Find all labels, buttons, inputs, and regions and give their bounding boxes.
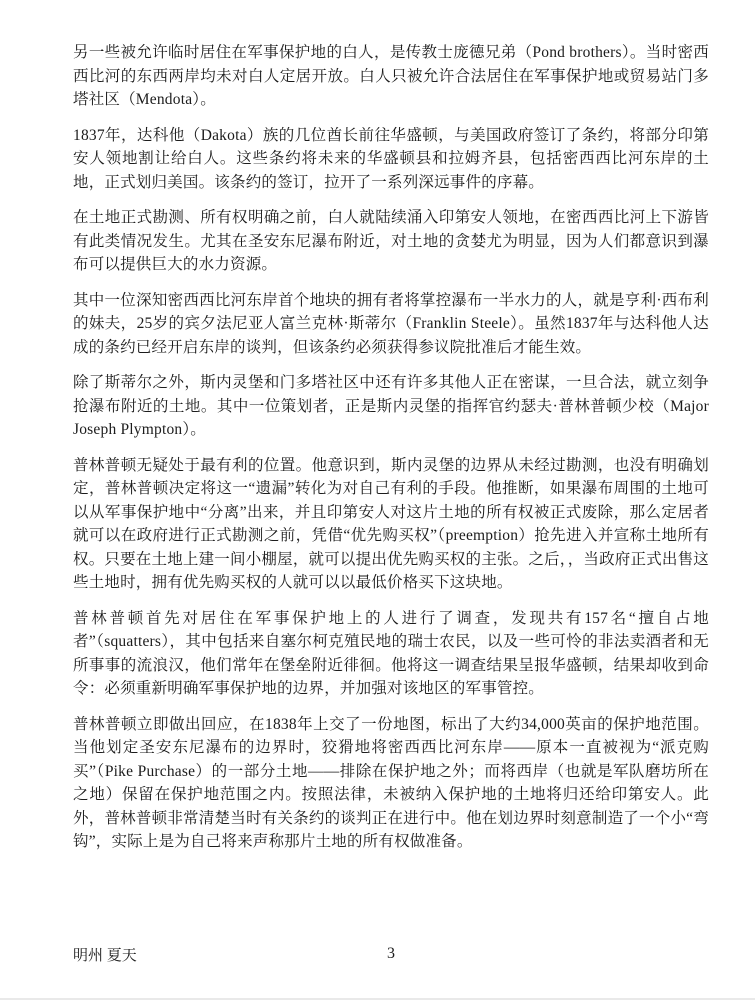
paragraph: 除了斯蒂尔之外，斯内灵堡和门多塔社区中还有许多其他人正在密谋，一旦合法，就立刻争… (73, 371, 709, 442)
document-page: 另一些被允许临时居住在军事保护地的白人，是传教士庞德兄弟（Pond brothe… (0, 0, 755, 1000)
footer-page-number: 3 (387, 945, 395, 963)
paragraph: 其中一位深知密西西比河东岸首个地块的拥有者将掌控瀑布一半水力的人，就是亨利·西布… (73, 289, 709, 360)
paragraph: 在土地正式勘测、所有权明确之前，白人就陆续涌入印第安人领地，在密西西比河上下游皆… (73, 206, 709, 277)
paragraph: 1837年，达科他（Dakota）族的几位酋长前往华盛顿，与美国政府签订了条约，… (73, 124, 709, 195)
footer-book-title: 明州 夏天 (73, 944, 137, 965)
page-footer: 明州 夏天 3 (73, 944, 709, 968)
paragraph: 普林普顿首先对居住在军事保护地上的人进行了调查，发现共有157名“擅自占地者”（… (73, 607, 709, 701)
paragraph: 普林普顿立即做出回应，在1838年上交了一份地图，标出了大约34,000英亩的保… (73, 713, 709, 854)
page-body-text: 另一些被允许临时居住在军事保护地的白人，是传教士庞德兄弟（Pond brothe… (73, 41, 709, 854)
paragraph: 另一些被允许临时居住在军事保护地的白人，是传教士庞德兄弟（Pond brothe… (73, 41, 709, 112)
paragraph: 普林普顿无疑处于最有利的位置。他意识到，斯内灵堡的边界从未经过勘测，也没有明确划… (73, 454, 709, 595)
